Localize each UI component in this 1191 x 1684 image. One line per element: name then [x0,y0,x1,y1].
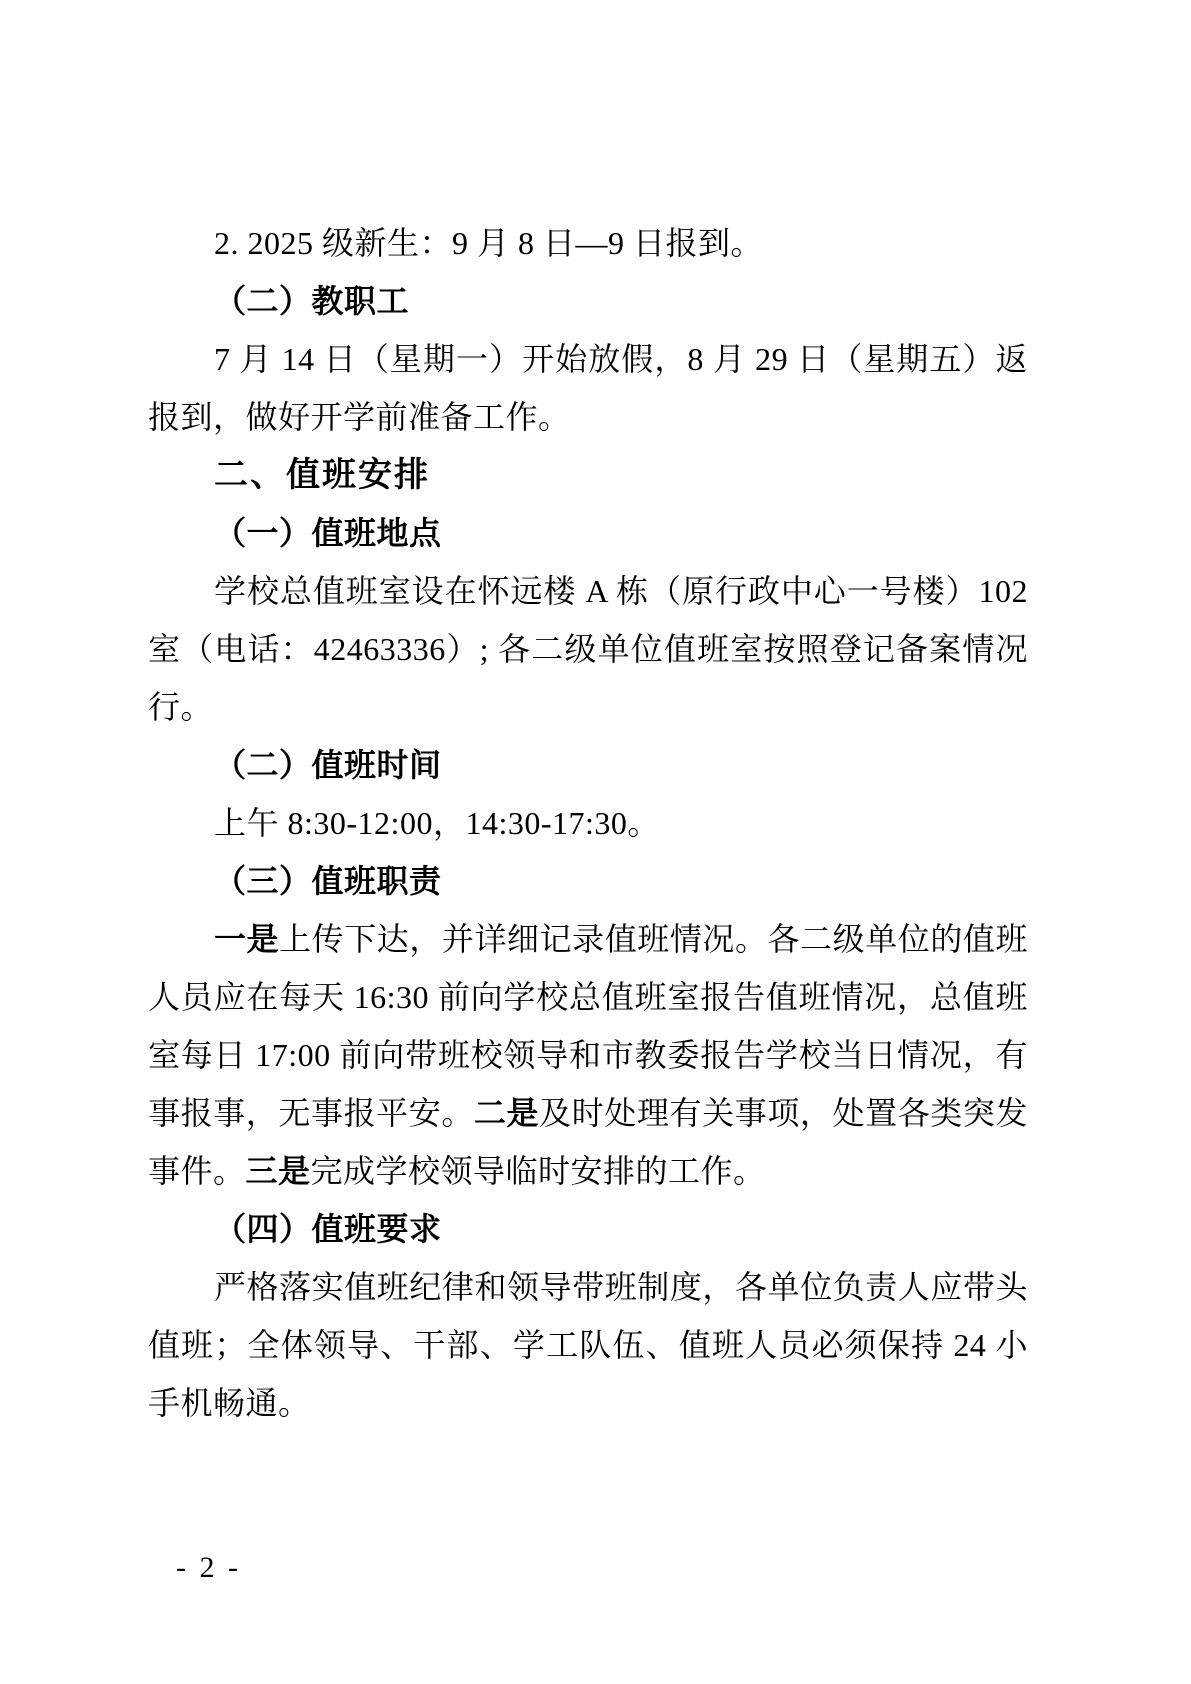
line-duty-time: 上午 8:30-12:00，14:30-17:30。 [148,794,1028,852]
line-duty-resp-1: 一是上传下达，并详细记录值班情况。各二级单位的值班 [148,910,1028,968]
text-segment: 及时处理有关事项，处置各类突发 [539,1095,1028,1131]
text-segment: 报到，做好开学前准备工作。 [148,399,571,435]
line-duty-resp-4: 事报事，无事报平安。二是及时处理有关事项，处置各类突发 [148,1084,1028,1142]
text-segment: 手机畅通。 [148,1385,311,1421]
text-segment: 事件。 [148,1153,246,1189]
line-duty-req-2: 值班；全体领导、干部、学工队伍、值班人员必须保持 24 小时 [148,1316,1028,1374]
bold-emphasis: （四）值班要求 [214,1211,442,1247]
line-duty-location-3: 行。 [148,678,1028,736]
text-segment: 完成学校领导临时安排的工作。 [311,1153,766,1189]
line-staff-holiday-1: 7 月 14 日（星期一）开始放假，8 月 29 日（星期五）返校 [148,330,1028,388]
line-duty-location-2: 室（电话：42463336）; 各二级单位值班室按照登记备案情况执 [148,620,1028,678]
line-staff-holiday-2: 报到，做好开学前准备工作。 [148,388,1028,446]
page-number: - 2 - [176,1548,241,1588]
text-segment: 上午 8:30-12:00，14:30-17:30。 [214,805,660,841]
line-duty-resp-3: 室每日 17:00 前向带班校领导和市教委报告学校当日情况，有 [148,1026,1028,1084]
line-duty-resp-5: 事件。三是完成学校领导临时安排的工作。 [148,1142,1028,1200]
heading-staff: （二）教职工 [148,272,1028,330]
bold-emphasis: （三）值班职责 [214,863,442,899]
document-page: 2. 2025 级新生：9 月 8 日—9 日报到。（二）教职工7 月 14 日… [0,0,1191,1684]
bold-emphasis: 二是 [474,1095,539,1131]
text-segment: 学校总值班室设在怀远楼 A 栋（原行政中心一号楼）102 [214,573,1028,609]
text-segment: 室（电话：42463336）; 各二级单位值班室按照登记备案情况执 [148,631,1028,678]
text-segment: 2. 2025 级新生：9 月 8 日—9 日报到。 [214,225,763,261]
line-duty-resp-2: 人员应在每天 16:30 前向学校总值班室报告值班情况，总值班 [148,968,1028,1026]
text-segment: 人员应在每天 16:30 前向学校总值班室报告值班情况，总值班 [148,979,1028,1015]
heading-duty-responsibilities: （三）值班职责 [148,852,1028,910]
text-segment: 室每日 17:00 前向带班校领导和市教委报告学校当日情况，有 [148,1037,1028,1073]
bold-emphasis: （一）值班地点 [214,515,442,551]
text-segment: 行。 [148,689,213,725]
text-segment: 7 月 14 日（星期一）开始放假，8 月 29 日（星期五）返校 [148,341,1028,388]
line-duty-location-1: 学校总值班室设在怀远楼 A 栋（原行政中心一号楼）102 [148,562,1028,620]
bold-emphasis: 一是 [214,921,279,957]
line-duty-req-3: 手机畅通。 [148,1374,1028,1432]
heading-duty-arrangement: 二、值班安排 [148,446,1028,504]
heading-duty-requirements: （四）值班要求 [148,1200,1028,1258]
line-duty-req-1: 严格落实值班纪律和领导带班制度，各单位负责人应带头 [148,1258,1028,1316]
line-freshmen-report: 2. 2025 级新生：9 月 8 日—9 日报到。 [148,214,1028,272]
bold-emphasis: 三是 [246,1153,311,1189]
heading-duty-location: （一）值班地点 [148,504,1028,562]
text-segment: 严格落实值班纪律和领导带班制度，各单位负责人应带头 [214,1269,1028,1305]
bold-emphasis: （二）值班时间 [214,747,442,783]
text-segment: 值班；全体领导、干部、学工队伍、值班人员必须保持 24 小时 [148,1327,1028,1374]
text-segment: 上传下达，并详细记录值班情况。各二级单位的值班 [279,921,1028,957]
heading-duty-time: （二）值班时间 [148,736,1028,794]
document-body: 2. 2025 级新生：9 月 8 日—9 日报到。（二）教职工7 月 14 日… [148,214,1028,1432]
bold-emphasis: 二、值班安排 [214,456,430,494]
bold-emphasis: （二）教职工 [214,283,409,319]
text-segment: 事报事，无事报平安。 [148,1095,474,1131]
